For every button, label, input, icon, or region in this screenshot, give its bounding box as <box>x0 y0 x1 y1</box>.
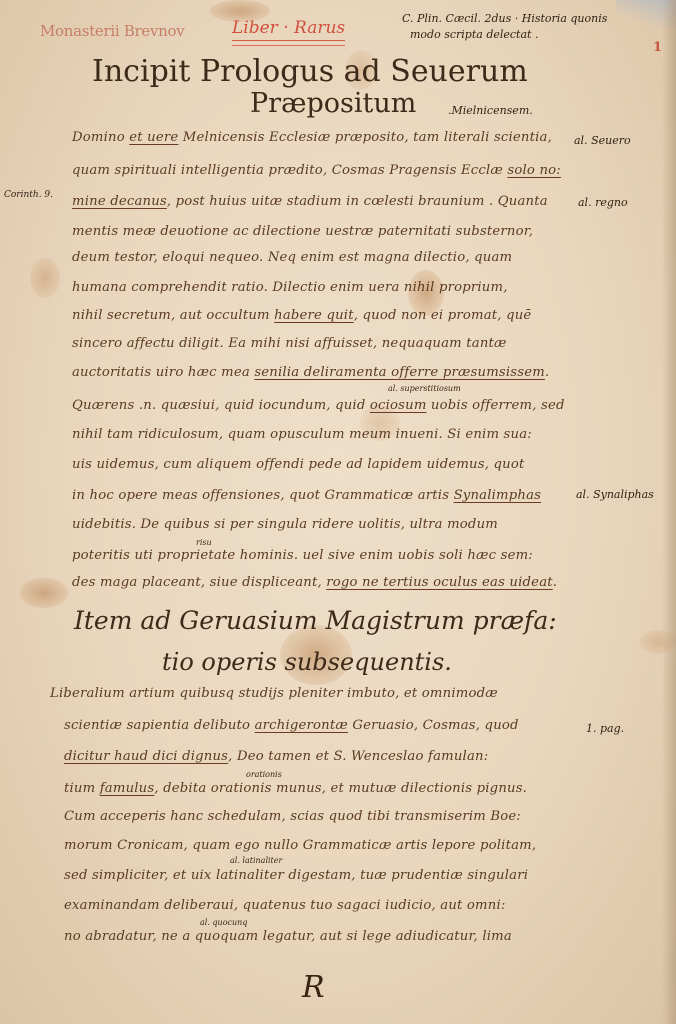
text-line: no abradatur, ne a quoquam legatur, aut … <box>64 929 512 944</box>
text-line: auctoritatis uiro hæc mea senilia delira… <box>72 365 549 380</box>
text-line: Liberalium artium quibusq studijs plenit… <box>50 686 498 701</box>
folio-number: 1 <box>653 40 662 55</box>
margin-note: al. regno <box>578 196 628 209</box>
text-line: nihil tam ridiculosum, quam opusculum me… <box>72 427 532 442</box>
top-note-line2: modo scripta delectat . <box>410 28 538 41</box>
text-line: poteritis uti proprietate hominis. uel s… <box>72 548 533 563</box>
text-line: Domino et uere Melnicensis Ecclesiæ præp… <box>72 130 552 145</box>
signature-mark: R <box>302 970 325 1005</box>
text-line: nihil secretum, aut occultum habere quit… <box>72 308 531 323</box>
margin-note: 1. pag. <box>586 722 624 735</box>
text-line: Cum acceperis hanc schedulam, scias quod… <box>64 809 521 824</box>
margin-note: Corinth. 9. <box>4 190 53 200</box>
text-line: tium famulus, debita orationis munus, et… <box>64 781 527 796</box>
text-line: sincero affectu diligit. Ea mihi nisi af… <box>72 336 507 351</box>
text-line: mine decanus, post huius uitæ stadium in… <box>72 194 548 209</box>
text-line: examinandam deliberaui, quatenus tuo sag… <box>64 898 506 913</box>
title1-line1: Incipit Prologus ad Seuerum <box>92 54 528 89</box>
interlinear-gloss: al. quocunq <box>200 918 247 927</box>
interlinear-gloss: al. superstitiosum <box>388 384 461 393</box>
stain <box>640 630 676 654</box>
text-line: dicitur haud dici dignus, Deo tamen et S… <box>64 749 488 764</box>
text-line: mentis meæ deuotione ac dilectione uestr… <box>72 224 533 239</box>
interlinear-gloss: al. latinaliter <box>230 856 282 865</box>
library-stamp: Monasterii Brevnov <box>40 22 184 40</box>
title1-gloss: .Mielnicensem. <box>448 104 533 117</box>
text-line: in hoc opere meas offensiones, quot Gram… <box>72 488 541 503</box>
margin-note: al. Synaliphas <box>576 488 654 501</box>
top-note-line1: C. Plin. Cæcil. 2dus · Historia quonis <box>402 12 607 25</box>
page-edge-shadow <box>662 0 676 1024</box>
text-line: quam spirituali intelligentia prædito, C… <box>72 163 561 178</box>
interlinear-gloss: risu <box>196 538 212 547</box>
title2-line2: tio operis subsequentis. <box>162 648 452 676</box>
text-line: scientiæ sapientia delibuto archigerontæ… <box>64 718 519 733</box>
stain <box>20 578 68 608</box>
text-line: deum testor, eloqui nequeo. Neq enim est… <box>72 250 512 265</box>
interlinear-gloss: orationis <box>246 770 282 779</box>
text-line: morum Cronicam, quam ego nullo Grammatic… <box>64 838 536 853</box>
title1-line2: Præpositum <box>250 88 416 119</box>
stain <box>30 258 60 298</box>
text-line: uidebitis. De quibus si per singula ride… <box>72 517 498 532</box>
text-line: Quærens .n. quæsiui, quid iocundum, quid… <box>72 398 565 413</box>
text-line: sed simpliciter, et uix latinaliter dige… <box>64 868 528 883</box>
text-line: des maga placeant, siue displiceant, rog… <box>72 575 557 590</box>
text-line: humana comprehendit ratio. Dilectio enim… <box>72 280 508 295</box>
text-line: uis uidemus, cum aliquem offendi pede ad… <box>72 457 524 472</box>
manuscript-page: Monasterii Brevnov Liber · Rarus C. Plin… <box>0 0 676 1024</box>
margin-note: al. Seuero <box>574 134 631 147</box>
title2-line1: Item ad Geruasium Magistrum præfa: <box>74 606 557 635</box>
red-title: Liber · Rarus <box>232 18 345 41</box>
